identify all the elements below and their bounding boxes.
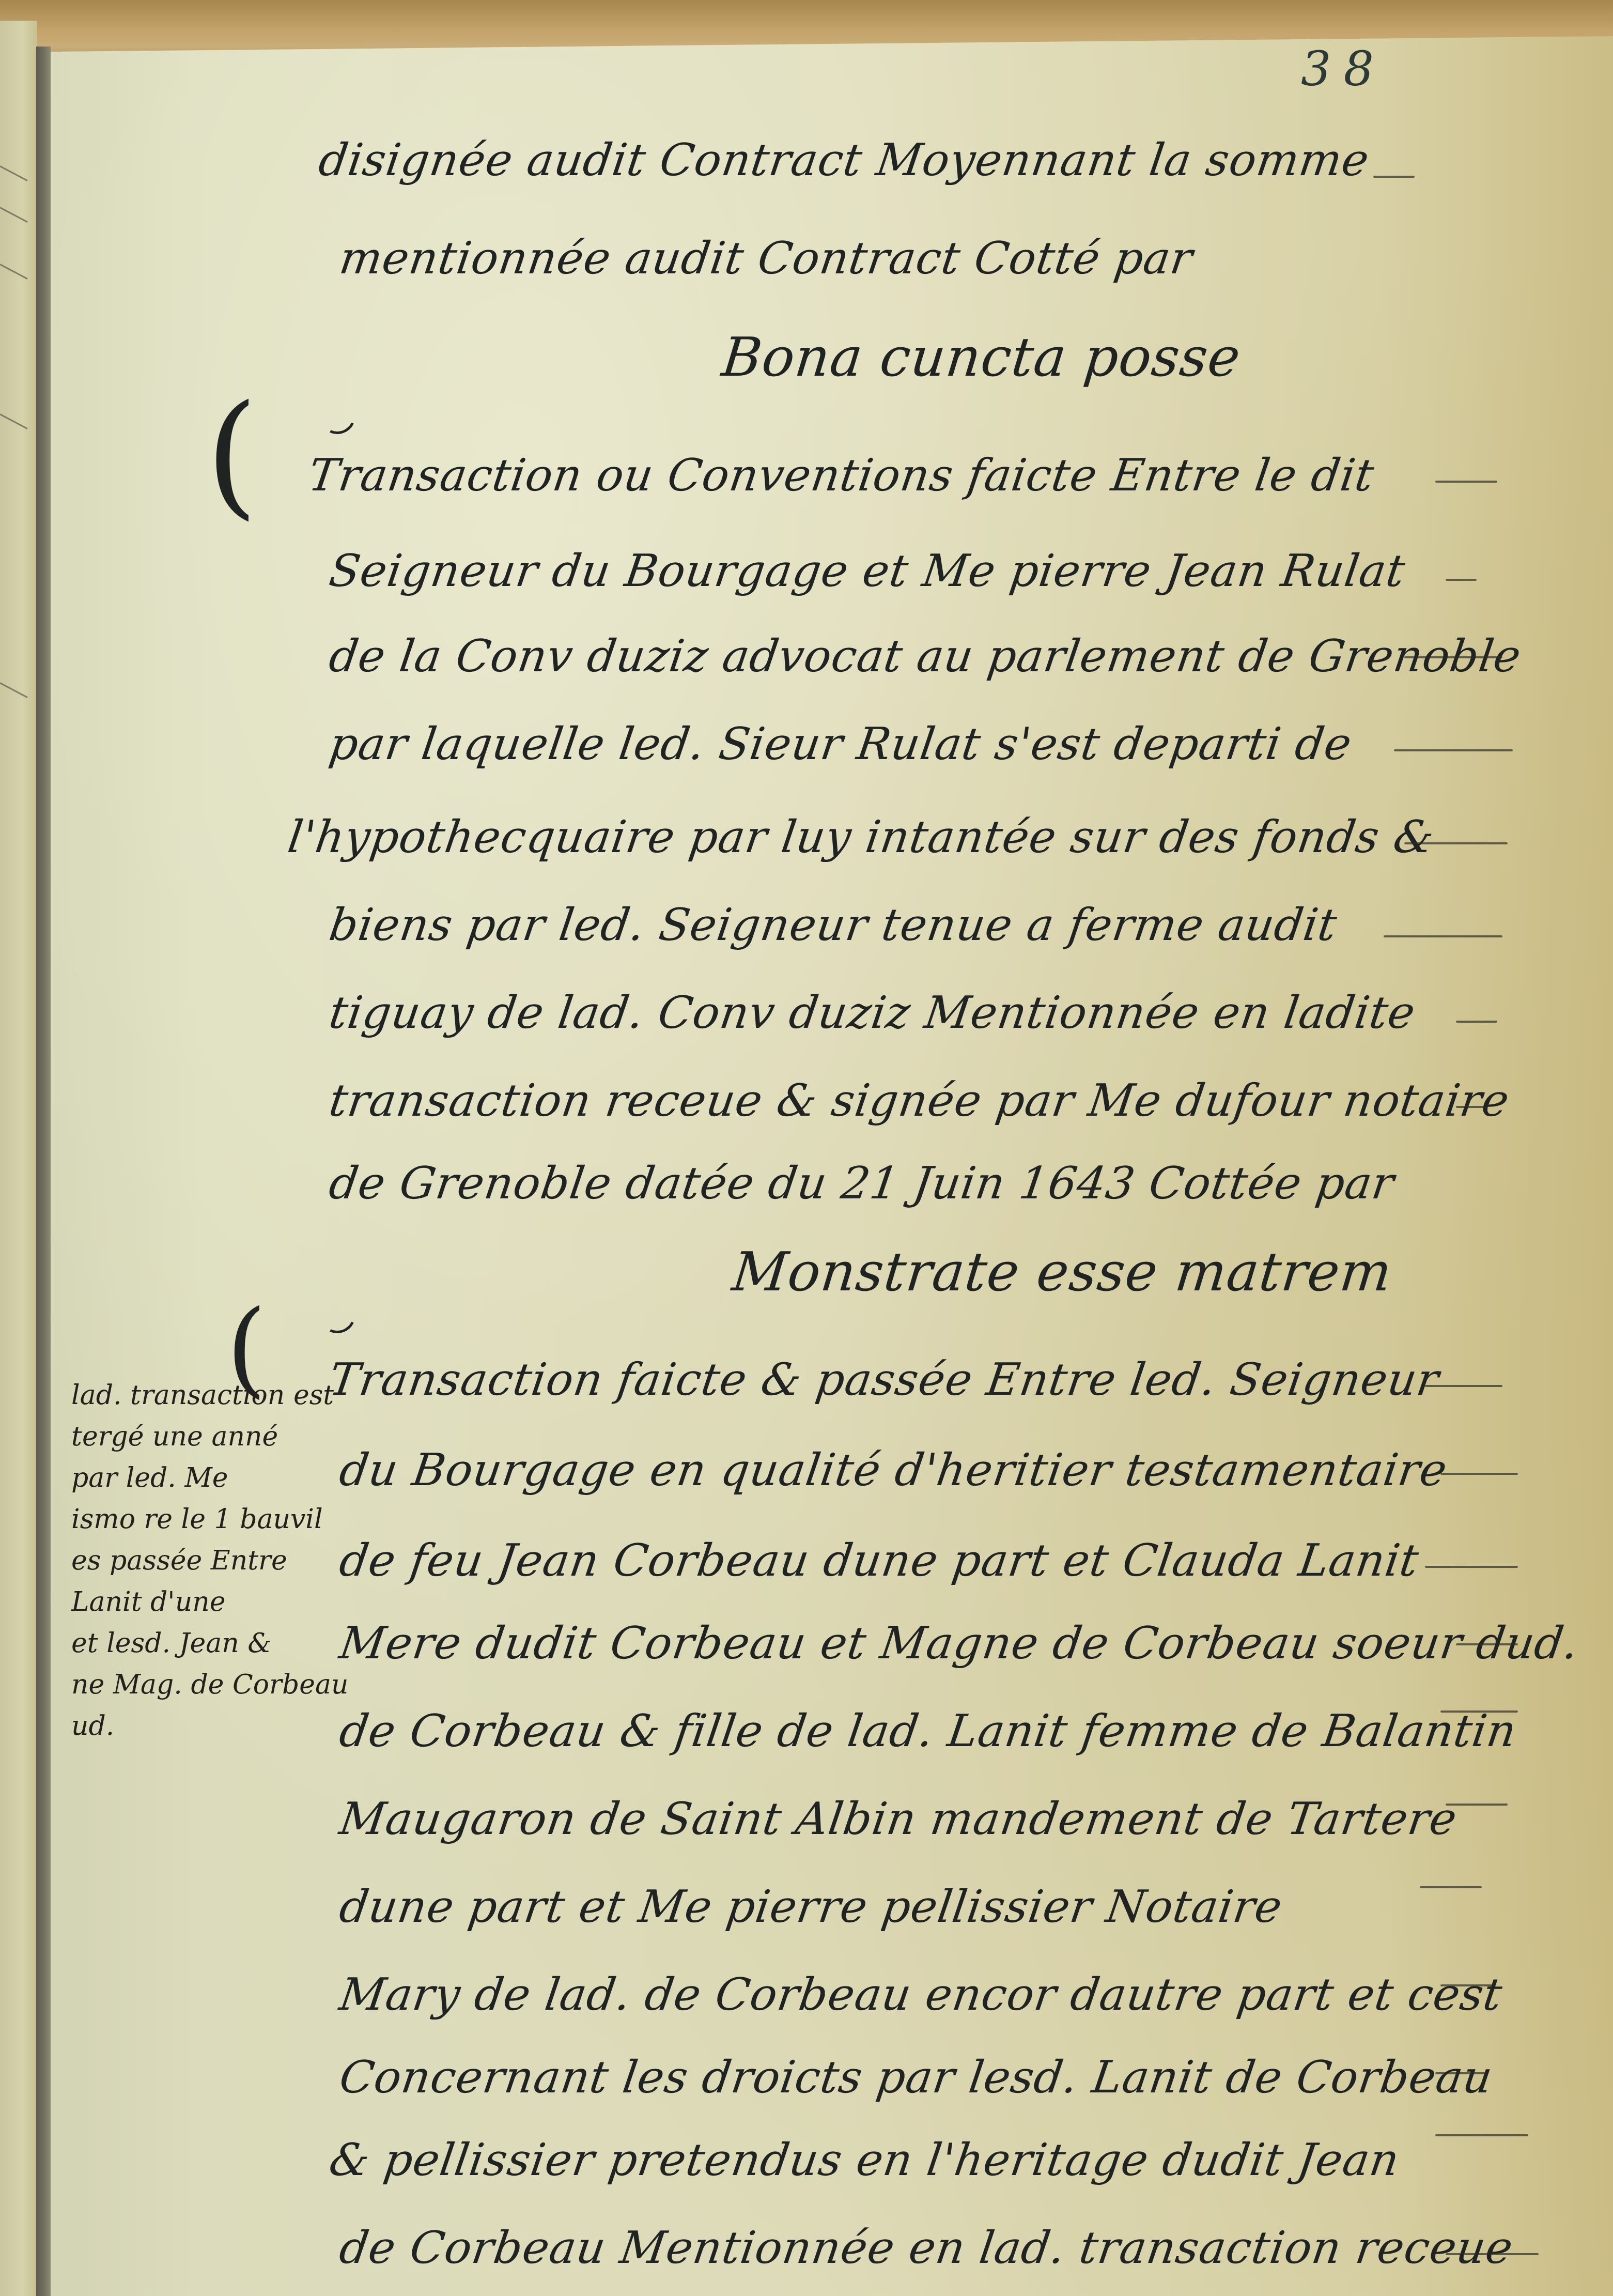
entry-2-line-1: Transaction faicte & passée Entre led. S… — [326, 1354, 1443, 1406]
entry-1-line-5: l'hypothecquaire par luy intantée sur de… — [285, 811, 1437, 863]
entry-1-line-1: Transaction ou Conventions faicte Entre … — [305, 450, 1377, 501]
entry-1-line-7: tiguay de lad. Conv duziz Mentionnée en … — [326, 987, 1419, 1039]
line-filler-dash — [1373, 176, 1415, 178]
line-filler-dash — [1456, 1021, 1497, 1023]
heading-bona-cuncta-posse: Bona cuncta posse — [719, 326, 1244, 389]
previous-page-ink-stroke — [0, 165, 28, 181]
entry-1-line-4: par laquelle led. Sieur Rulat s'est depa… — [326, 718, 1355, 770]
fragment-line-1: disignée audit Contract Moyennant la som… — [316, 134, 1373, 186]
line-filler-dash — [1425, 1566, 1518, 1568]
margin-note-line-8: ne Mag. de Corbeau — [71, 1669, 348, 1700]
entry-2-line-5: de Corbeau & fille de lad. Lanit femme d… — [336, 1705, 1520, 1757]
margin-note-line-2: tergé une anné — [71, 1421, 278, 1452]
line-filler-dash — [1446, 579, 1477, 581]
entry-1-line-9: de Grenoble datée du 21 Juin 1643 Cottée… — [326, 1158, 1398, 1209]
line-filler-dash — [1420, 1886, 1482, 1888]
top-tick-mark — [775, 21, 777, 44]
entry-2-line-3: de feu Jean Corbeau dune part et Clauda … — [336, 1535, 1422, 1586]
entry-1-line-6: biens par led. Seigneur tenue a ferme au… — [326, 899, 1340, 951]
line-filler-dash — [1384, 935, 1502, 937]
manuscript-scene: 38 disignée audit Contract Moyennant la … — [0, 0, 1613, 2296]
line-filler-dash — [1440, 1711, 1518, 1713]
entry-1-flourish-icon — [314, 393, 361, 439]
margin-note-line-3: par led. Me — [71, 1462, 228, 1493]
entry-2-line-11: de Corbeau Mentionnée en lad. transactio… — [336, 2222, 1516, 2274]
previous-page-ink-stroke — [0, 413, 28, 429]
previous-page-edge — [0, 21, 37, 2296]
margin-note-line-6: Lanit d'une — [71, 1586, 225, 1617]
heading-monstrate-esse-matrem: Monstrate esse matrem — [730, 1240, 1395, 1303]
margin-note-line-1: lad. transaction est — [71, 1380, 334, 1411]
entry-2-line-7: dune part et Me pierre pellissier Notair… — [336, 1881, 1285, 1933]
binding-gutter — [36, 47, 51, 2296]
entry-2-line-6: Maugaron de Saint Albin mandement de Tar… — [336, 1793, 1461, 1845]
entry-2-line-8: Mary de lad. de Corbeau encor dautre par… — [336, 1969, 1506, 2021]
entry-2-line-4: Mere dudit Corbeau et Magne de Corbeau s… — [336, 1617, 1582, 1669]
previous-page-ink-stroke — [0, 264, 28, 280]
line-filler-dash — [1435, 2072, 1487, 2074]
line-filler-dash — [1394, 749, 1513, 751]
line-filler-dash — [1446, 2253, 1539, 2255]
line-filler-dash — [1440, 1473, 1518, 1475]
entry-1-bracket-icon: ( — [206, 388, 258, 522]
manuscript-page: 38 disignée audit Contract Moyennant la … — [51, 36, 1613, 2296]
entry-1-line-8: transaction receue & signée par Me dufou… — [326, 1075, 1513, 1127]
entry-2-line-9: Concernant les droicts par lesd. Lanit d… — [336, 2052, 1496, 2103]
line-filler-dash — [1435, 481, 1497, 483]
entry-2-flourish-icon — [314, 1292, 361, 1338]
margin-note-line-5: es passée Entre — [71, 1545, 287, 1576]
line-filler-dash — [1404, 656, 1502, 658]
line-filler-dash — [1435, 2134, 1528, 2136]
margin-note-line-7: et lesd. Jean & — [71, 1628, 272, 1659]
line-filler-dash — [1446, 1804, 1508, 1806]
entry-1-line-2: Seigneur du Bourgage et Me pierre Jean R… — [326, 545, 1408, 597]
entry-2-line-2: du Bourgage en qualité d'heritier testam… — [336, 1444, 1451, 1496]
margin-note-line-9: ud. — [71, 1711, 114, 1742]
line-filler-dash — [1456, 1106, 1487, 1108]
entry-1-line-3: de la Conv duziz advocat au parlement de… — [326, 630, 1524, 682]
folio-number: 38 — [1301, 41, 1386, 97]
margin-note-line-4: ismo re le 1 bauvil — [71, 1504, 323, 1535]
line-filler-dash — [1404, 842, 1508, 844]
fragment-line-2: mentionnée audit Contract Cotté par — [336, 233, 1196, 284]
line-filler-dash — [1456, 1643, 1518, 1645]
previous-page-ink-stroke — [0, 207, 28, 223]
previous-page-ink-stroke — [0, 682, 28, 698]
line-filler-dash — [1440, 1984, 1492, 1986]
line-filler-dash — [1425, 1385, 1502, 1387]
entry-2-line-10: & pellissier pretendus en l'heritage dud… — [326, 2134, 1403, 2186]
